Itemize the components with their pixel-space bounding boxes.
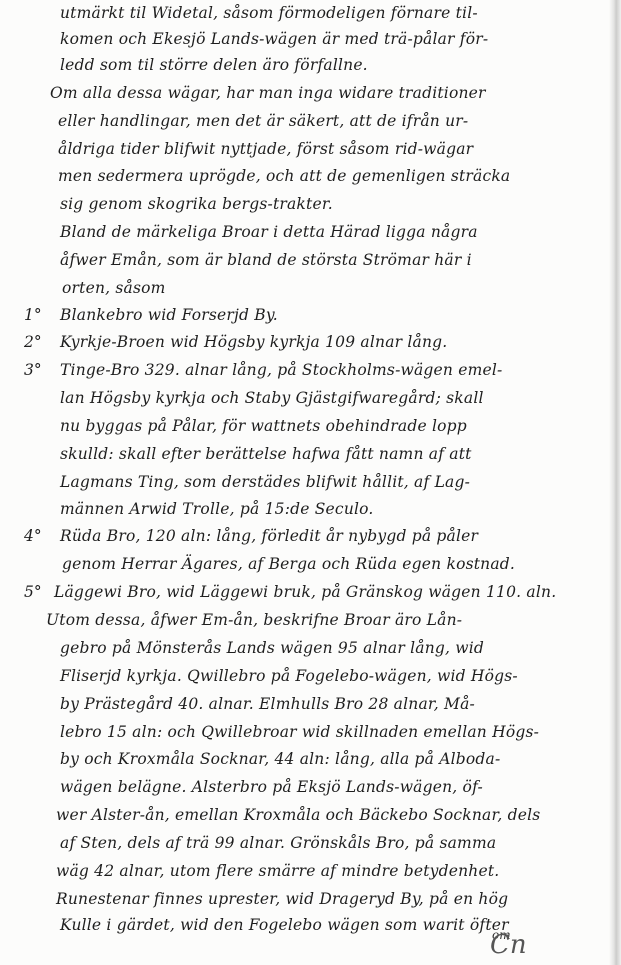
manuscript-line: orten, såsom [62,279,166,297]
manuscript-line: sig genom skogrika bergs-trakter. [60,195,333,213]
list-item-number: 2° [24,333,42,351]
list-item-number: 4° [24,527,42,545]
manuscript-line: wägen belägne. Alsterbro på Eksjö Lands-… [60,778,483,796]
manuscript-page: utmärkt til Widetal, såsom förmodeligen … [0,0,621,965]
manuscript-line: Läggewi Bro, wid Läggewi bruk, på Gränsk… [54,583,556,601]
manuscript-line: by Prästegård 40. alnar. Elmhulls Bro 28… [60,695,475,713]
manuscript-line: af Sten, dels af trä 99 alnar. Grönskåls… [60,834,496,852]
manuscript-line: skulld: skall efter berättelse hafwa fåt… [60,445,472,463]
manuscript-line: lebro 15 aln: och Qwillebroar wid skilln… [60,723,539,741]
manuscript-line: Kyrkje-Broen wid Högsby kyrkja 109 alnar… [60,333,447,351]
manuscript-line: Tinge-Bro 329. alnar lång, på Stockholms… [60,361,502,379]
manuscript-line: åldriga tider blifwit nyttjade, först så… [58,140,473,158]
manuscript-line: Blankebro wid Forserjd By. [60,306,278,324]
manuscript-line: ledd som til större delen äro förfallne. [60,56,368,74]
manuscript-line: Runestenar finnes uprester, wid Drageryd… [56,890,508,908]
manuscript-line: Utom dessa, åfwer Em-ån, beskrifne Broar… [46,611,462,629]
manuscript-line: Fliserjd kyrkja. Qwillebro på Fogelebo-w… [60,667,518,685]
list-item-number: 5° [24,583,42,601]
signature-flourish: Cn [490,930,527,960]
manuscript-line: nu byggas på Pålar, för wattnets obehind… [60,417,467,435]
manuscript-line: utmärkt til Widetal, såsom förmodeligen … [60,4,478,22]
manuscript-line: genom Herrar Ägares, af Berga och Rüda e… [62,555,515,573]
manuscript-line: åfwer Emån, som är bland de största Strö… [60,251,472,269]
manuscript-line: wer Alster-ån, emellan Kroxmåla och Bäck… [56,806,540,824]
list-item-number: 1° [24,306,42,324]
manuscript-line: komen och Ekesjö Lands-wägen är med trä-… [60,30,488,48]
manuscript-line: lan Högsby kyrkja och Staby Gjästgifware… [60,389,484,407]
manuscript-line: Rüda Bro, 120 aln: lång, förledit år nyb… [60,527,478,545]
manuscript-line: wäg 42 alnar, utom flere smärre af mindr… [56,862,499,880]
manuscript-line: gebro på Mönsterås Lands wägen 95 alnar … [60,639,484,657]
manuscript-line: eller handlingar, men det är säkert, att… [58,112,468,130]
list-item-number: 3° [24,361,42,379]
page-edge-shadow [609,0,621,965]
manuscript-line: Lagmans Ting, som derstädes blifwit håll… [60,473,470,491]
manuscript-line: men sedermera uprögde, och att de gemenl… [58,167,510,185]
manuscript-line: by och Kroxmåla Socknar, 44 aln: lång, a… [60,750,500,768]
manuscript-line: Om alla dessa wägar, har man inga widare… [50,84,486,102]
manuscript-line: männen Arwid Trolle, på 15:de Seculo. [60,500,374,518]
manuscript-line: Bland de märkeliga Broar i detta Härad l… [60,223,478,241]
manuscript-line: Kulle i gärdet, wid den Fogelebo wägen s… [60,916,509,934]
